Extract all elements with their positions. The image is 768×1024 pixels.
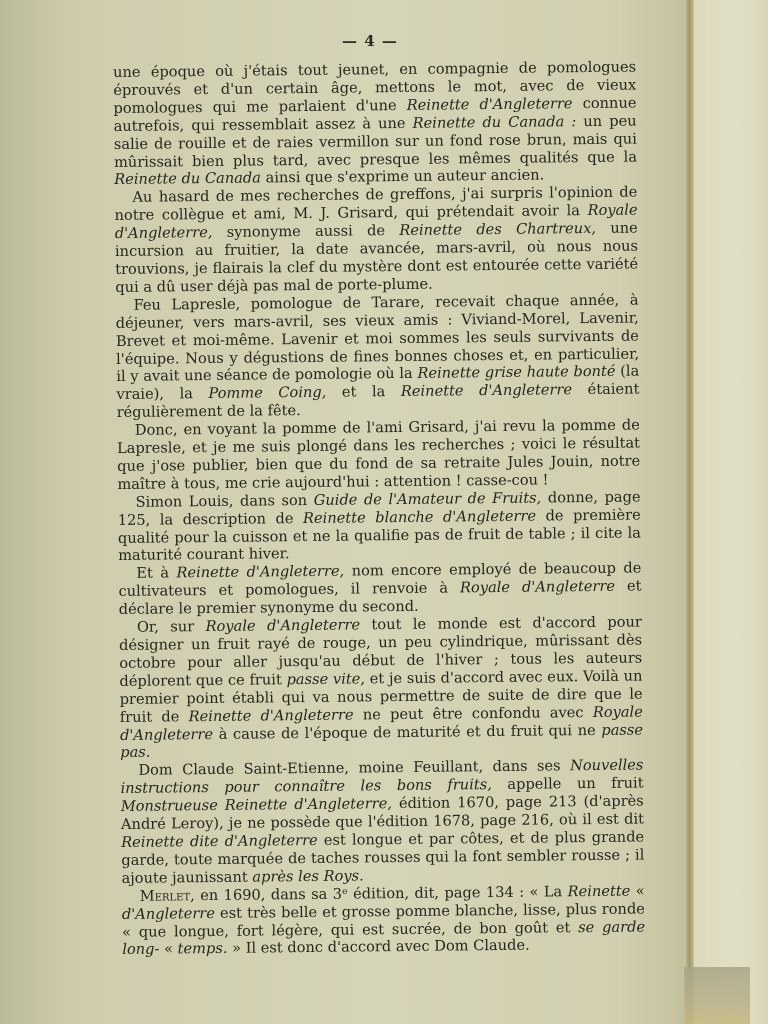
italic-title: Pomme Coing, [208,384,326,402]
italic-title: Reinette d'Angleterre [407,95,573,114]
text-run: Au hasard de mes recherches de greffons,… [115,184,638,224]
text-run: ne peut être confondu avec [353,704,592,724]
text-run: Or, sur [137,618,206,636]
italic-title: Reinette [568,882,631,900]
italic-title: Reinette du Canada : [413,113,577,132]
italic-title: Guide de l'Amateur de Fruits, [314,489,542,508]
paragraph: Et à Reinette d'Angleterre, nom encore e… [118,560,642,619]
paragraph: une époque où j'étais tout jeunet, en co… [113,59,637,190]
paragraph: Donc, en voyant la pomme de l'ami Grisar… [117,417,641,494]
text-run: ainsi que s'exprime un auteur ancien. [261,167,545,187]
text-run: « [159,941,177,958]
text-run: « [630,882,645,899]
italic-title: temps. [178,940,228,958]
text-run: Merlet [140,887,191,905]
italic-title: Reinette d'Angleterre [401,382,572,401]
italic-title: Monstrueuse Reinette d'Angleterre, [121,795,392,815]
paragraph: Merlet, en 1690, dans sa 3ᵉ édition, dit… [122,882,646,959]
italic-title: Reinette d'Angleterre [189,706,354,725]
italic-title: d'Angleterre [122,905,215,923]
text-run: Donc, en voyant la pomme de l'ami Grisar… [117,417,640,493]
body-text: une époque où j'étais tout jeunet, en co… [113,59,645,960]
italic-title: Reinette d'Angleterre, [176,563,344,582]
paragraph: Dom Claude Saint-Etienne, moine Feuillan… [120,757,644,888]
paragraph: Simon Louis, dans son Guide de l'Amateur… [118,488,642,565]
italic-title: Reinette des Chartreux, [399,220,596,239]
text-run: appelle un fruit [492,775,644,794]
italic-title: Reinette du Canada [114,170,261,189]
page-number: — 4 — [0,32,740,50]
paragraph: Or, sur Royale d'Angleterre tout le mond… [119,614,643,763]
thumbnail-overlay [684,967,750,1024]
italic-title: Reinette blanche d'Angleterre [303,507,536,526]
italic-title: Reinette dite d'Angleterre [121,832,318,851]
text-run: synonyme aussi de [212,222,399,241]
italic-title: après les Roys. [252,867,364,885]
text-run: Et à [136,565,176,582]
book-page: — 4 — une époque où j'étais tout jeunet,… [0,0,690,1024]
text-run: Simon Louis, dans son [135,492,313,511]
paragraph: Feu Lapresle, pomologue de Tarare, recev… [115,291,639,422]
text-run: à cause de l'époque de maturité et du fr… [213,721,601,742]
italic-title: passe vite, [286,670,365,688]
facing-page-edge [694,0,768,1024]
text-run: » Il est donc d'accord avec Dom Claude. [227,937,529,957]
book-gutter [686,0,694,1024]
paragraph: Au hasard de mes recherches de greffons,… [114,184,638,297]
italic-title: Royale d'Angleterre [206,617,361,636]
italic-title: Royale d'Angleterre [460,578,615,597]
text-run: et la [326,383,401,401]
italic-title: Reinette grise haute bonté [417,363,615,382]
